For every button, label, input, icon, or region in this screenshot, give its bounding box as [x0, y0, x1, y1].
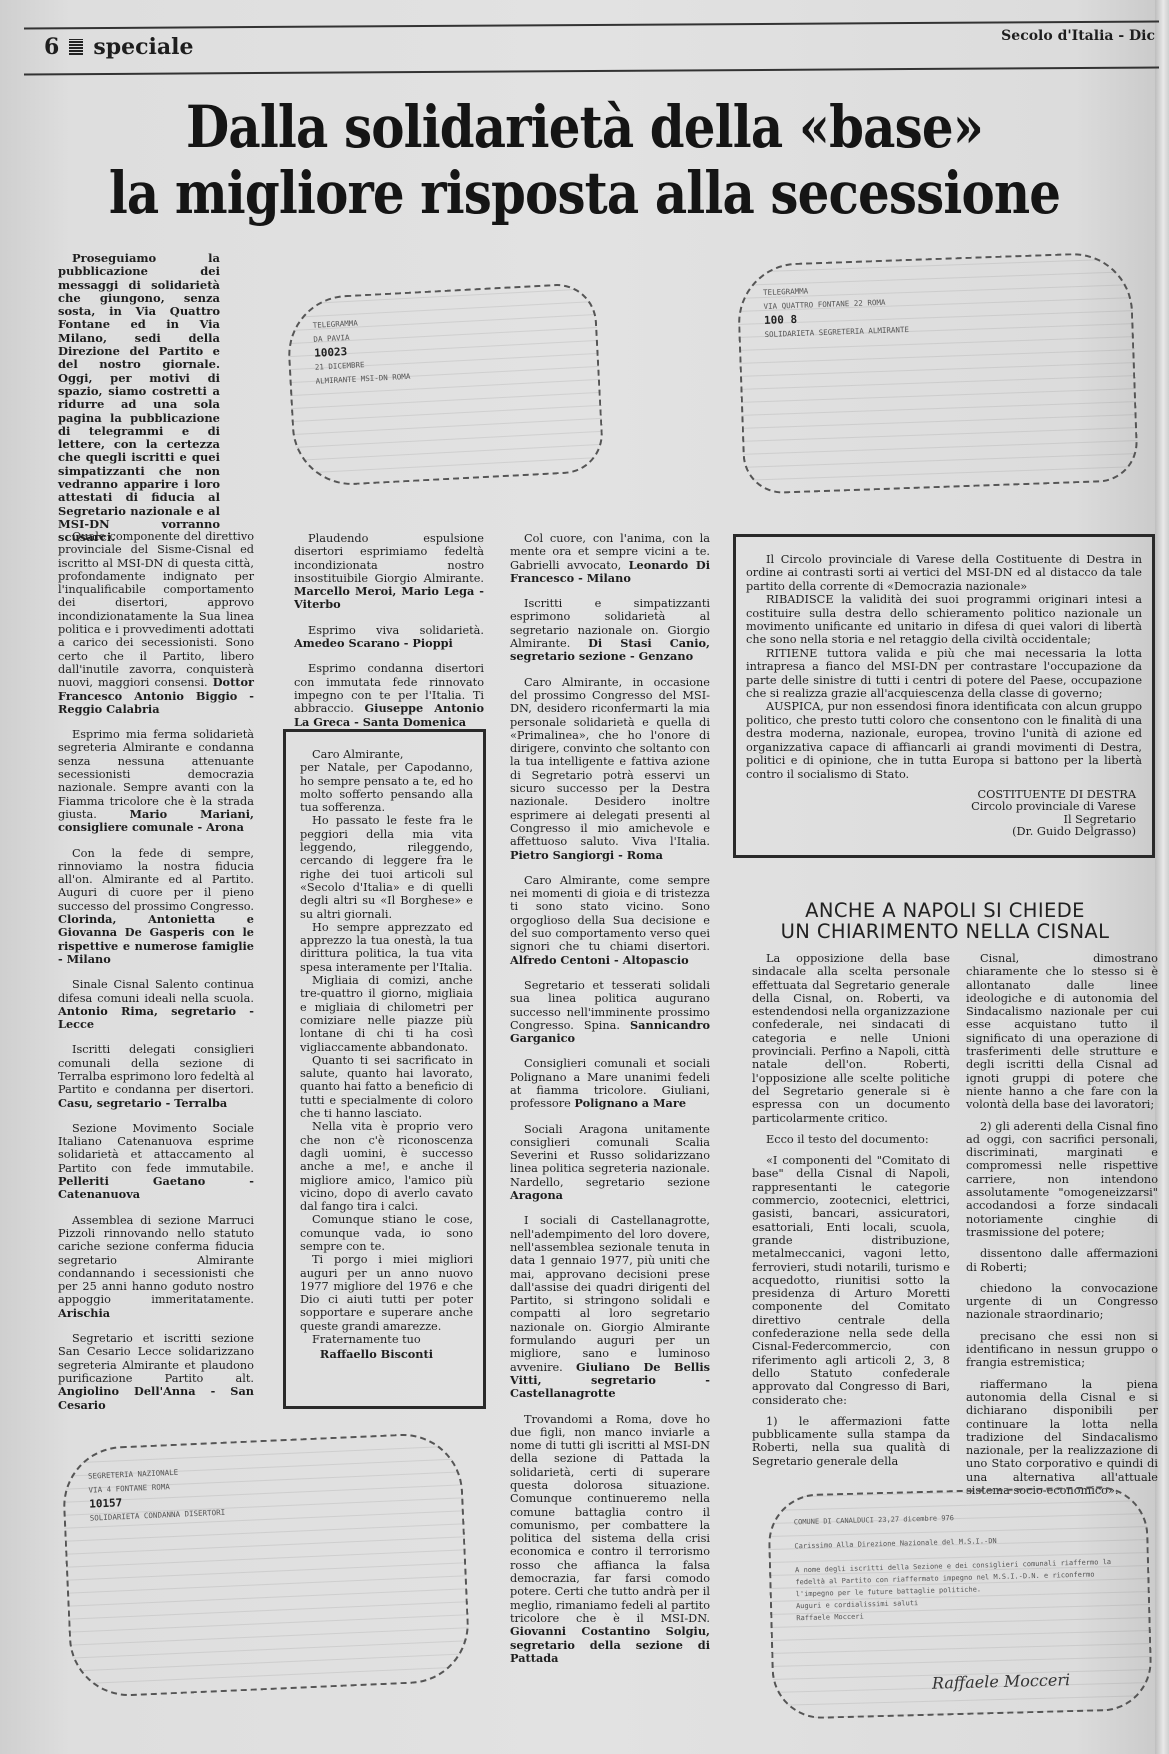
message-item: Segretario et iscritti sezione San Cesar… [58, 1332, 254, 1412]
message-item: Iscritti delegati consiglieri comunali d… [58, 1043, 254, 1109]
message-item: Sociali Aragona unitamente consiglieri c… [510, 1123, 710, 1203]
message-signature: Casu, segretario - Terralba [58, 1096, 227, 1110]
messages-column-3: Col cuore, con l'anima, con la mente ora… [510, 532, 710, 1677]
napoli-article-column-left: La opposizione della base sindacale alla… [752, 952, 950, 1476]
header-rule-bottom [24, 67, 1159, 76]
intro-text: Proseguiamo la pubblicazione dei messagg… [58, 252, 220, 545]
article-paragraph: precisano che essi non si identificano i… [966, 1330, 1158, 1370]
article-paragraph: dissentono dalle affermazioni di Roberti… [966, 1247, 1158, 1274]
article-paragraph: «I componenti del "Comitato di base" del… [752, 1154, 950, 1407]
header-rule-top [24, 21, 1159, 30]
letter-paragraph: Quanto ti sei sacrificato in salute, qua… [300, 1054, 473, 1120]
varese-paragraph: RIBADISCE la validità dei suoi programmi… [746, 593, 1142, 647]
letter-signature: Raffaello Bisconti [300, 1348, 473, 1361]
message-item: Trovandomi a Roma, dove ho due figli, no… [510, 1413, 710, 1666]
message-item: Assemblea di sezione Marruci Pizzoli rin… [58, 1214, 254, 1320]
message-item: I sociali di Castellanagrotte, nell'adem… [510, 1214, 710, 1400]
message-item: Segretario et tesserati solidali sua lin… [510, 979, 710, 1045]
article-paragraph: 1) le affermazioni fatte pubblicamente s… [752, 1415, 950, 1468]
message-item: Sinale Cisnal Salento continua difesa co… [58, 978, 254, 1031]
napoli-article-title: ANCHE A NAPOLI SI CHIEDE UN CHIARIMENTO … [740, 900, 1150, 942]
varese-paragraph: RITIENE tuttora valida e più che mai nec… [746, 647, 1142, 701]
varese-statement-box: Il Circolo provinciale di Varese della C… [733, 534, 1155, 858]
message-signature: Amedeo Scarano - Pioppi [294, 636, 453, 650]
varese-signature-line: (Dr. Guido Delgrasso) [746, 826, 1142, 839]
message-signature: Arischia [58, 1306, 110, 1320]
letter-paragraph: Nella vita è proprio vero che non c'è ri… [300, 1120, 473, 1213]
message-signature: Marcello Meroi, Mario Lega - Viterbo [294, 584, 484, 611]
letter-paragraph: Ti porgo i miei migliori auguri per un a… [300, 1253, 473, 1333]
letter-paragraph: Ho passato le feste fra le peggiori dell… [300, 814, 473, 920]
article-paragraph: chiedono la convocazione urgente di un C… [966, 1282, 1158, 1322]
message-item: Iscritti e simpatizzanti esprimono solid… [510, 597, 710, 663]
message-signature: Polignano a Mare [574, 1096, 686, 1110]
page-number: 6 [44, 34, 59, 60]
article-paragraph: La opposizione della base sindacale alla… [752, 952, 950, 1125]
message-item: Esprimo condanna disertori con immutata … [294, 662, 484, 728]
letter-image-canalduci: COMUNE DI CANALDUCI 23,27 dicembre 976 C… [767, 1485, 1153, 1720]
varese-paragraph: AUSPICA, pur non essendosi finora identi… [746, 700, 1142, 780]
message-item: Sezione Movimento Sociale Italiano Caten… [58, 1122, 254, 1202]
letter-paragraph: Comunque stiano le cose, comunque vada, … [300, 1213, 473, 1253]
letter-body: per Natale, per Capodanno, ho sempre pen… [300, 761, 473, 1333]
varese-paragraph: Il Circolo provinciale di Varese della C… [746, 553, 1142, 593]
napoli-title-line-1: ANCHE A NAPOLI SI CHIEDE [740, 900, 1150, 921]
message-item: Quale componente del direttivo provincia… [58, 530, 254, 716]
letter-greeting: Caro Almirante, [300, 748, 473, 761]
telegram-image-1: TELEGRAMMADA PAVIA1002321 DICEMBREALMIRA… [285, 282, 605, 488]
message-signature: Angiolino Dell'Anna - San Cesario [58, 1384, 254, 1411]
message-signature: Pelleriti Gaetano - Catenanuova [58, 1174, 254, 1201]
message-item: Consiglieri comunali et sociali Polignan… [510, 1057, 710, 1110]
letter-paragraph: Ho sempre apprezzato ed apprezzo la tua … [300, 921, 473, 974]
telegram-image-2: TELEGRAMMAVIA QUATTRO FONTANE 22 ROMA100… [736, 251, 1139, 495]
page-header: 6 speciale [44, 34, 193, 60]
section-marker-icon [69, 39, 83, 55]
message-item: Esprimo viva solidarietà. Amedeo Scarano… [294, 624, 484, 651]
handwritten-signature: Raffaele Mocceri [932, 1674, 1070, 1690]
letter-paragraph: per Natale, per Capodanno, ho sempre pen… [300, 761, 473, 814]
message-signature: Clorinda, Antonietta e Giovanna De Gaspe… [58, 912, 254, 966]
napoli-article-column-right: Cisnal, dimostrano chiaramente che lo st… [966, 952, 1158, 1505]
intro-paragraph: Proseguiamo la pubblicazione dei messagg… [58, 252, 220, 557]
article-paragraph: riaffermano la piena autonomia della Cis… [966, 1378, 1158, 1498]
message-item: Esprimo mia ferma solidarietà segreteria… [58, 728, 254, 834]
varese-body: Il Circolo provinciale di Varese della C… [746, 553, 1142, 781]
almirante-letter-box: Caro Almirante, per Natale, per Capodann… [283, 729, 486, 1409]
letter-paragraph: Migliaia di comizi, anche tre-quattro il… [300, 974, 473, 1054]
article-paragraph: Ecco il testo del documento: [752, 1133, 950, 1146]
message-item: Caro Almirante, in occasione del prossim… [510, 676, 710, 862]
messages-column-2: Plaudendo espulsione disertori esprimiam… [294, 532, 484, 741]
message-signature: Alfredo Centoni - Altopascio [510, 953, 689, 967]
varese-signature: COSTITUENTE DI DESTRACircolo provinciale… [746, 789, 1142, 839]
message-signature: Pietro Sangiorgi - Roma [510, 848, 663, 862]
headline-line-1: Dalla solidarietà della «base» [82, 98, 1087, 156]
article-paragraph: 2) gli aderenti della Cisnal fino ad ogg… [966, 1120, 1158, 1240]
message-item: Con la fede di sempre, rinnoviamo la nos… [58, 847, 254, 967]
messages-column-1: Quale componente del direttivo provincia… [58, 530, 254, 1424]
section-name: speciale [93, 34, 193, 60]
letter-closing: Fraternamente tuo [300, 1333, 473, 1346]
message-item: Plaudendo espulsione disertori esprimiam… [294, 532, 484, 612]
message-signature: Giovanni Costantino Solgiu, segretario d… [510, 1624, 710, 1665]
message-item: Col cuore, con l'anima, con la mente ora… [510, 532, 710, 585]
article-paragraph: Cisnal, dimostrano chiaramente che lo st… [966, 952, 1158, 1112]
headline-line-2: la migliore risposta alla secessione [82, 164, 1087, 222]
telegram-image-3: SEGRETERIA NAZIONALEVIA 4 FONTANE ROMA10… [61, 1431, 472, 1698]
message-signature: Aragona [510, 1188, 563, 1202]
newspaper-page: 6 speciale Secolo d'Italia - Dic Dalla s… [0, 0, 1169, 1754]
message-item: Caro Almirante, come sempre nei momenti … [510, 874, 710, 967]
masthead: Secolo d'Italia - Dic [1001, 28, 1155, 44]
message-signature: Antonio Rima, segretario - Lecce [58, 1004, 254, 1031]
napoli-title-line-2: UN CHIARIMENTO NELLA CISNAL [740, 921, 1150, 942]
